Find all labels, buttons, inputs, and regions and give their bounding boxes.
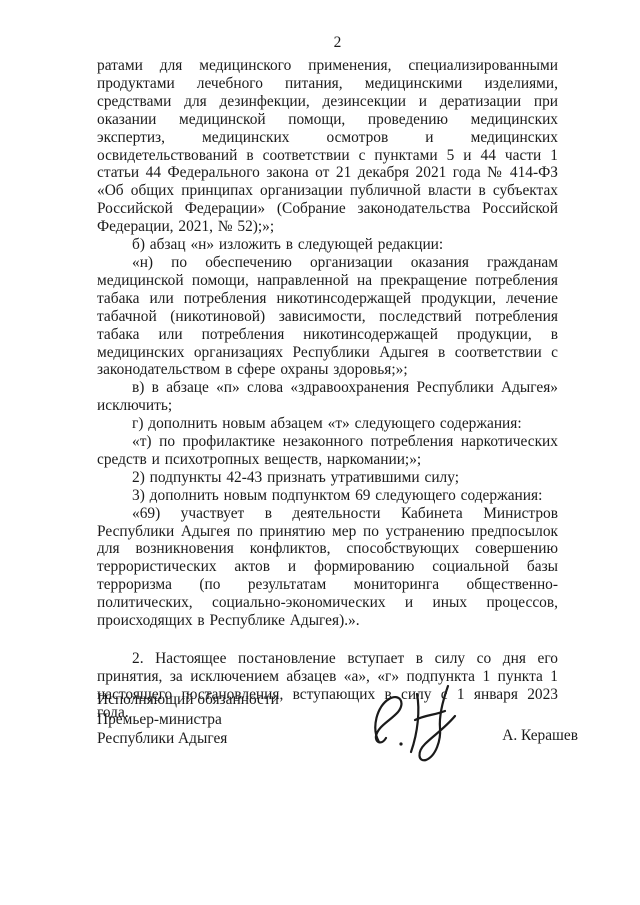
body-paragraph: ратами для медицинского применения, спец… [97, 57, 558, 236]
body-paragraph: г) дополнить новым абзацем «т» следующег… [97, 415, 558, 433]
body-paragraph: 3) дополнить новым подпунктом 69 следующ… [97, 487, 558, 505]
document-page: 2 ратами для медицинского применения, сп… [0, 0, 640, 905]
signatory-title-line: Исполняющий обязанности [97, 690, 279, 710]
body-paragraph: в) в абзаце «п» слова «здравоохранения Р… [97, 379, 558, 415]
document-body: ратами для медицинского применения, спец… [97, 57, 558, 722]
page-number: 2 [97, 34, 578, 52]
signature-handwriting-icon [365, 682, 465, 767]
signatory-title: Исполняющий обязанности Премьер-министра… [97, 690, 279, 749]
signature-block: Исполняющий обязанности Премьер-министра… [97, 690, 578, 780]
body-paragraph: «т) по профилактике незаконного потребле… [97, 433, 558, 469]
body-paragraph: 2) подпункты 42-43 признать утратившими … [97, 469, 558, 487]
body-paragraph: «69) участвует в деятельности Кабинета М… [97, 505, 558, 630]
signatory-name: А. Керашев [502, 727, 578, 745]
signatory-title-line: Республики Адыгея [97, 729, 279, 749]
signatory-title-line: Премьер-министра [97, 710, 279, 730]
body-paragraph: «н) по обеспечению организации оказания … [97, 254, 558, 379]
body-paragraph: б) абзац «н» изложить в следующей редакц… [97, 236, 558, 254]
